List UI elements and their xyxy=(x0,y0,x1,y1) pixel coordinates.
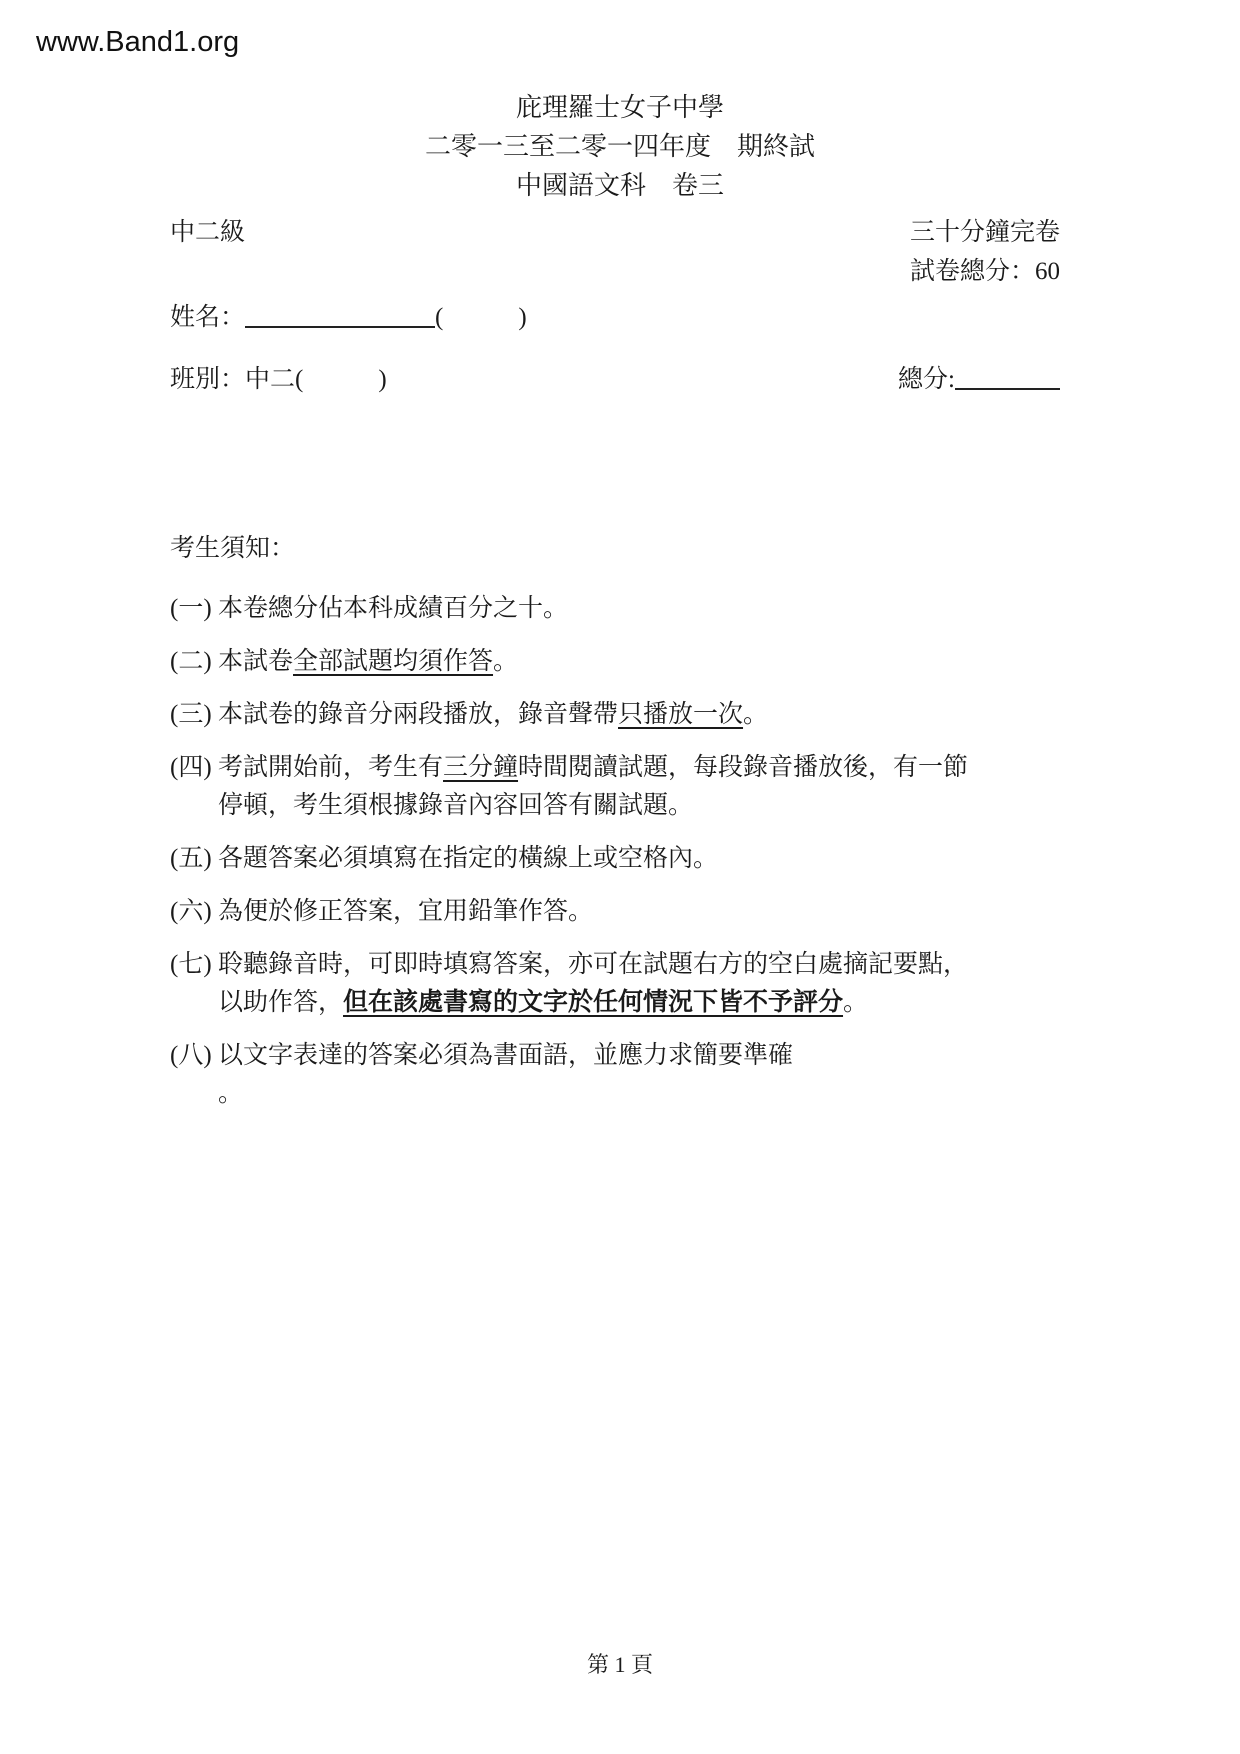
name-label: 姓名： xyxy=(170,304,245,331)
instruction-text: 本卷總分佔本科成績百分之十。 xyxy=(218,590,982,628)
instruction-number: (六) xyxy=(170,893,218,931)
instruction-emphasis: 全部試題均須作答 xyxy=(293,648,493,675)
name-paren-blank: ( ) xyxy=(435,304,527,331)
meta-row: 中二級 三十分鐘完卷 xyxy=(170,212,1060,248)
instruction-segment: 。 xyxy=(743,701,768,728)
year-term-title: 二零一三至二零一四年度 期終試 xyxy=(0,127,1240,166)
instruction-number: (一) xyxy=(170,590,218,628)
instruction-segment: 各題答案必須填寫在指定的橫線上或空格內。 xyxy=(218,845,718,872)
total-score-label: 總分: xyxy=(898,366,955,393)
total-score-blank-line xyxy=(955,388,1060,390)
instruction-segment: 為便於修正答案，宜用鉛筆作答。 xyxy=(218,898,593,925)
instructions-list: (一)本卷總分佔本科成績百分之十。(二)本試卷全部試題均須作答。(三)本試卷的錄… xyxy=(170,590,982,1128)
instruction-item: (三)本試卷的錄音分兩段播放，錄音聲帶只播放一次。 xyxy=(170,696,982,734)
instruction-segment: 。 xyxy=(843,989,868,1016)
instruction-emphasis: 三分鐘 xyxy=(443,754,518,781)
name-blank-line xyxy=(245,326,435,328)
school-name: 庇理羅士女子中學 xyxy=(0,88,1240,127)
instruction-text: 考試開始前，考生有三分鐘時間閱讀試題，每段錄音播放後，有一節停頓，考生須根據錄音… xyxy=(218,749,982,825)
class-label: 班別：中二 xyxy=(170,366,295,393)
class-field-row: 班別：中二( ) xyxy=(170,359,387,395)
instruction-item: (四)考試開始前，考生有三分鐘時間閱讀試題，每段錄音播放後，有一節停頓，考生須根… xyxy=(170,749,982,825)
instruction-number: (八) xyxy=(170,1037,218,1113)
subject-paper-title: 中國語文科 卷三 xyxy=(0,166,1240,205)
instruction-text: 各題答案必須填寫在指定的橫線上或空格內。 xyxy=(218,840,982,878)
instruction-text: 本試卷全部試題均須作答。 xyxy=(218,643,982,681)
instruction-emphasis: 但在該處書寫的文字於任何情況下皆不予評分 xyxy=(343,989,843,1016)
instruction-item: (八)以文字表達的答案必須為書面語，並應力求簡要準確。 xyxy=(170,1037,982,1113)
class-level-label: 中二級 xyxy=(170,212,245,248)
class-paren-blank: ( ) xyxy=(295,366,387,393)
instruction-number: (四) xyxy=(170,749,218,825)
instruction-segment: 本試卷的錄音分兩段播放，錄音聲帶 xyxy=(218,701,618,728)
instruction-number: (二) xyxy=(170,643,218,681)
instruction-item: (二)本試卷全部試題均須作答。 xyxy=(170,643,982,681)
instruction-text: 聆聽錄音時，可即時填寫答案，亦可在試題右方的空白處摘記要點，以助作答，但在該處書… xyxy=(218,946,982,1022)
instruction-segment: 。 xyxy=(493,648,518,675)
notice-heading: 考生須知： xyxy=(170,528,295,564)
instruction-number: (三) xyxy=(170,696,218,734)
instruction-segment: 。 xyxy=(218,1080,243,1107)
time-limit-label: 三十分鐘完卷 xyxy=(910,212,1060,248)
instruction-item: (五)各題答案必須填寫在指定的橫線上或空格內。 xyxy=(170,840,982,878)
instruction-item: (一)本卷總分佔本科成績百分之十。 xyxy=(170,590,982,628)
instruction-text: 為便於修正答案，宜用鉛筆作答。 xyxy=(218,893,982,931)
instruction-segment: 本卷總分佔本科成績百分之十。 xyxy=(218,595,568,622)
instruction-segment: 考試開始前，考生有 xyxy=(218,754,443,781)
instruction-number: (七) xyxy=(170,946,218,1022)
instruction-item: (六)為便於修正答案，宜用鉛筆作答。 xyxy=(170,893,982,931)
total-score-row: 總分: xyxy=(898,359,1060,395)
title-block: 庇理羅士女子中學 二零一三至二零一四年度 期終試 中國語文科 卷三 xyxy=(0,88,1240,205)
instruction-number: (五) xyxy=(170,840,218,878)
instruction-item: (七)聆聽錄音時，可即時填寫答案，亦可在試題右方的空白處摘記要點，以助作答，但在… xyxy=(170,946,982,1022)
instruction-segment: 以文字表達的答案必須為書面語，並應力求簡要準確 xyxy=(218,1042,793,1069)
paper-total-label: 試卷總分：60 xyxy=(910,251,1060,287)
instruction-segment: 本試卷 xyxy=(218,648,293,675)
exam-paper-page: www.Band1.org 庇理羅士女子中學 二零一三至二零一四年度 期終試 中… xyxy=(0,0,1240,1754)
page-number: 第 1 頁 xyxy=(0,1648,1240,1679)
instruction-text: 以文字表達的答案必須為書面語，並應力求簡要準確。 xyxy=(218,1037,982,1113)
watermark-url: www.Band1.org xyxy=(36,26,239,59)
instruction-emphasis: 只播放一次 xyxy=(618,701,743,728)
instruction-text: 本試卷的錄音分兩段播放，錄音聲帶只播放一次。 xyxy=(218,696,982,734)
name-field-row: 姓名：( ) xyxy=(170,297,527,333)
